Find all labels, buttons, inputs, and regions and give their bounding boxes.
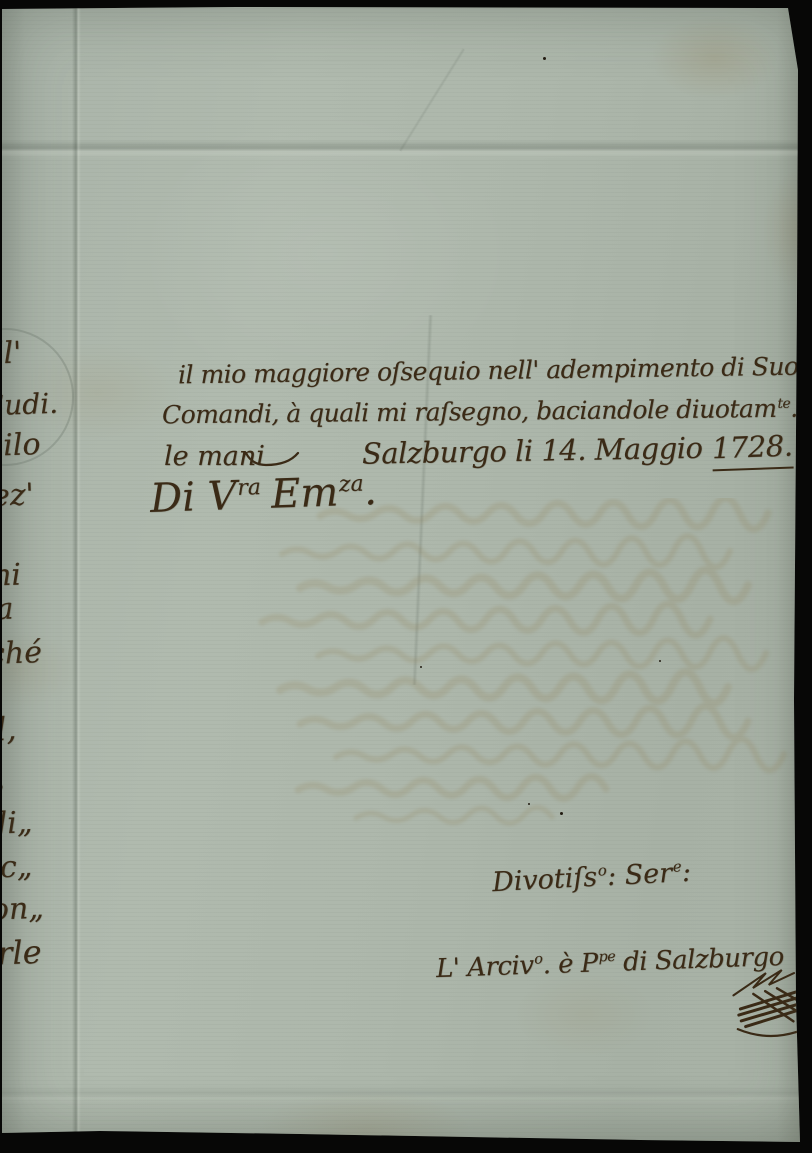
dateline: Salzburgo li 14. Maggio1728. bbox=[362, 429, 793, 476]
salutation-di-v: Di V bbox=[149, 473, 237, 522]
body-line-2-text: Comandi, à quali mi raſsegno, baciandole… bbox=[162, 394, 777, 429]
body-line-1: il mio maggiore oſsequio nell' adempimen… bbox=[178, 352, 806, 390]
fold-crease-vertical bbox=[72, 0, 81, 1153]
superscript-ra: ra bbox=[237, 475, 261, 501]
signature-text-1: L' Arciv bbox=[436, 951, 534, 984]
margin-fragment: ni bbox=[0, 558, 22, 594]
pen-swash bbox=[244, 449, 310, 469]
scan-vignette bbox=[0, 0, 812, 1153]
salutation-period: . bbox=[363, 468, 377, 514]
superscript-te: te bbox=[777, 395, 790, 411]
margin-fragment: Sudi. bbox=[0, 387, 59, 423]
margin-fragment: la bbox=[0, 592, 14, 628]
paper-sheet: ll' Sudi. bilo ez' ni la ché l, e di„ ac… bbox=[0, 0, 812, 1153]
superscript-za: za bbox=[338, 471, 364, 497]
margin-fragment: con„ bbox=[0, 891, 44, 928]
ink-speck bbox=[528, 803, 530, 805]
margin-fragment: bilo bbox=[0, 427, 41, 464]
body-line-2: Comandi, à quali mi raſsegno, baciandole… bbox=[162, 394, 798, 430]
paper-wrinkle bbox=[399, 48, 466, 152]
signature-text-2: . è P bbox=[542, 948, 598, 980]
ink-speck bbox=[659, 660, 661, 662]
closing-line: Divotiſso: Sere: bbox=[491, 857, 691, 898]
margin-fragment: arle bbox=[0, 933, 42, 973]
paper-texture bbox=[0, 0, 812, 1153]
margin-fragment: ché bbox=[0, 635, 42, 672]
scan-background: { "colors": { "scan_background": "#07070… bbox=[0, 0, 812, 1153]
closing-text-3: : bbox=[681, 857, 692, 888]
fold-crease-horizontal-lower bbox=[0, 1086, 812, 1104]
ink-speck bbox=[420, 666, 422, 668]
margin-fragment: e bbox=[0, 772, 4, 808]
margin-fragment: di„ bbox=[0, 805, 33, 842]
superscript-pe: pe bbox=[598, 949, 615, 966]
body-line-2-period: . bbox=[790, 394, 798, 423]
margin-fragment: ez' bbox=[0, 477, 34, 513]
signature-flourish bbox=[724, 962, 812, 1042]
salutation-em: Em bbox=[270, 469, 339, 517]
closing-text-1: Divotiſs bbox=[491, 862, 598, 898]
closing-text-2: : Ser bbox=[606, 858, 673, 892]
margin-fragment: ll' bbox=[0, 336, 22, 372]
margin-fragment: l, bbox=[0, 710, 17, 749]
place-date: Salzburgo li 14. Maggio bbox=[362, 431, 703, 471]
ink-speck bbox=[560, 812, 563, 815]
salutation-line: Di VraEmza. bbox=[149, 468, 377, 522]
ink-speck bbox=[543, 57, 546, 60]
ink-showthrough bbox=[0, 498, 812, 844]
year-underlined: 1728. bbox=[711, 429, 793, 472]
margin-fragment: ac„ bbox=[0, 849, 33, 886]
